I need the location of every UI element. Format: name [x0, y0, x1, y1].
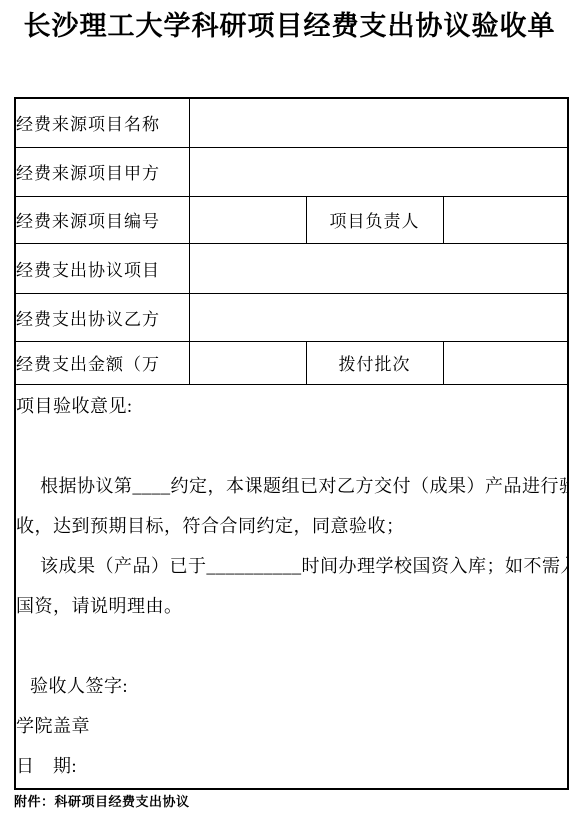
expenditure-agreement-party-b-value-cell [189, 293, 568, 341]
document-page: 长沙理工大学科研项目经费支出协议验收单 经费来源项目名称 经费来源项目甲方 经费… [0, 0, 579, 838]
project-leader-label: 项目负责人 [306, 196, 443, 243]
opinion-paragraph2-line1: 该成果（产品）已于__________时间办理学校国资入库；如不需入 [16, 546, 567, 586]
funding-source-party-a-label: 经费来源项目甲方 [15, 147, 189, 196]
funding-source-name-label: 经费来源项目名称 [15, 98, 189, 147]
expenditure-agreement-party-b-label: 经费支出协议乙方 [15, 293, 189, 341]
acceptance-opinion-heading: 项目验收意见: [16, 386, 567, 426]
opinion-paragraph1-line2: 收，达到预期目标，符合合同约定，同意验收； [16, 506, 567, 546]
blank-line [16, 426, 567, 466]
funding-source-name-value-cell [189, 98, 568, 147]
expenditure-amount-label: 经费支出金额（万 [15, 341, 189, 384]
row-funding-source-name: 经费来源项目名称 [15, 98, 568, 147]
document-title: 长沙理工大学科研项目经费支出协议验收单 [0, 4, 579, 43]
college-seal-label: 学院盖章 [16, 706, 567, 746]
expenditure-agreement-project-label: 经费支出协议项目 [15, 243, 189, 293]
row-acceptance-opinion: 项目验收意见: 根据协议第____约定，本课题组已对乙方交付（成果）产品进行验 … [15, 384, 568, 789]
row-expenditure-amount: 经费支出金额（万 拨付批次 [15, 341, 568, 384]
expenditure-agreement-project-value-cell [189, 243, 568, 293]
funding-source-party-a-value-cell [189, 147, 568, 196]
row-funding-source-number: 经费来源项目编号 项目负责人 [15, 196, 568, 243]
opinion-paragraph1-line1: 根据协议第____约定，本课题组已对乙方交付（成果）产品进行验 [16, 466, 567, 506]
acceptance-form-table: 经费来源项目名称 经费来源项目甲方 经费来源项目编号 项目负责人 经费支出协议项… [14, 97, 569, 790]
payment-batch-label: 拨付批次 [306, 341, 443, 384]
funding-source-number-label: 经费来源项目编号 [15, 196, 189, 243]
funding-source-number-value-cell [189, 196, 306, 243]
row-expenditure-agreement-party-b: 经费支出协议乙方 [15, 293, 568, 341]
payment-batch-value-cell [443, 341, 568, 384]
project-leader-value-cell [443, 196, 568, 243]
signer-signature-label: 验收人签字: [16, 666, 567, 706]
acceptance-opinion-cell: 项目验收意见: 根据协议第____约定，本课题组已对乙方交付（成果）产品进行验 … [15, 384, 568, 789]
expenditure-amount-value-cell [189, 341, 306, 384]
row-expenditure-agreement-project: 经费支出协议项目 [15, 243, 568, 293]
date-label: 日 期: [16, 746, 567, 786]
attachment-note: 附件：科研项目经费支出协议 [14, 791, 190, 810]
row-funding-source-party-a: 经费来源项目甲方 [15, 147, 568, 196]
opinion-paragraph2-line2: 国资，请说明理由。 [16, 586, 567, 626]
blank-line [16, 626, 567, 666]
